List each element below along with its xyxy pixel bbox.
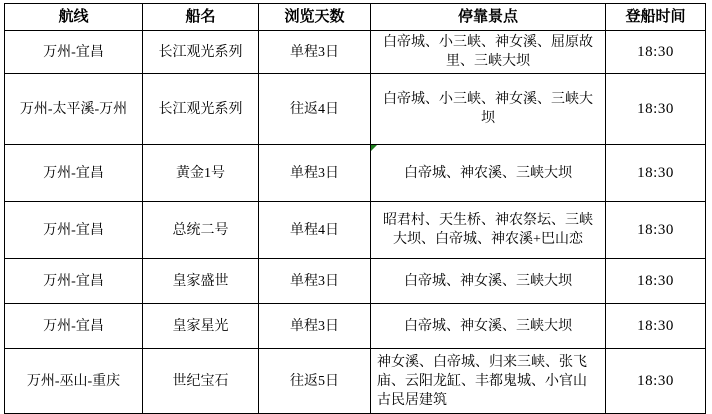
header-attractions: 停靠景点	[371, 4, 606, 31]
boarding-time-cell: 18:30	[606, 349, 706, 414]
table-row: 万州-宜昌 长江观光系列 单程3日 白帝城、小三峡、神女溪、屈原故里、三峡大坝 …	[5, 31, 706, 74]
boarding-time-cell: 18:30	[606, 74, 706, 145]
table-row: 万州-宜昌 皇家盛世 单程3日 白帝城、神女溪、三峡大坝 18:30	[5, 259, 706, 304]
ship-cell: 皇家星光	[143, 304, 259, 349]
attractions-text: 白帝城、神农溪、三峡大坝	[404, 166, 572, 181]
route-cell: 万州-宜昌	[5, 202, 143, 259]
table-row: 万州-宜昌 皇家星光 单程3日 白帝城、神女溪、三峡大坝 18:30	[5, 304, 706, 349]
boarding-time-cell: 18:30	[606, 145, 706, 202]
header-row: 航线 船名 浏览天数 停靠景点 登船时间	[5, 4, 706, 31]
attractions-cell: 神女溪、白帝城、归来三峡、张飞庙、云阳龙缸、丰都鬼城、小官山古民居建筑	[371, 349, 606, 414]
header-days: 浏览天数	[259, 4, 371, 31]
ship-cell: 世纪宝石	[143, 349, 259, 414]
ship-cell: 皇家盛世	[143, 259, 259, 304]
attractions-cell: 昭君村、天生桥、神农祭坛、三峡大坝、白帝城、神农溪+巴山恋	[371, 202, 606, 259]
cell-note-triangle-icon	[371, 145, 377, 151]
days-cell: 单程3日	[259, 259, 371, 304]
header-ship: 船名	[143, 4, 259, 31]
header-boarding-time: 登船时间	[606, 4, 706, 31]
attractions-cell: 白帝城、神女溪、三峡大坝	[371, 259, 606, 304]
boarding-time-cell: 18:30	[606, 31, 706, 74]
ship-cell: 长江观光系列	[143, 74, 259, 145]
days-cell: 单程3日	[259, 31, 371, 74]
days-cell: 单程3日	[259, 145, 371, 202]
attractions-cell: 白帝城、小三峡、神女溪、屈原故里、三峡大坝	[371, 31, 606, 74]
table-row: 万州-宜昌 总统二号 单程4日 昭君村、天生桥、神农祭坛、三峡大坝、白帝城、神农…	[5, 202, 706, 259]
attractions-cell: 白帝城、神女溪、三峡大坝	[371, 304, 606, 349]
attractions-cell: 白帝城、小三峡、神女溪、三峡大坝	[371, 74, 606, 145]
ship-cell: 黄金1号	[143, 145, 259, 202]
ship-cell: 总统二号	[143, 202, 259, 259]
route-cell: 万州-宜昌	[5, 31, 143, 74]
route-cell: 万州-太平溪-万州	[5, 74, 143, 145]
days-cell: 单程4日	[259, 202, 371, 259]
table-row: 万州-太平溪-万州 长江观光系列 往返4日 白帝城、小三峡、神女溪、三峡大坝 1…	[5, 74, 706, 145]
route-cell: 万州-宜昌	[5, 145, 143, 202]
days-cell: 往返5日	[259, 349, 371, 414]
header-route: 航线	[5, 4, 143, 31]
route-cell: 万州-宜昌	[5, 304, 143, 349]
days-cell: 单程3日	[259, 304, 371, 349]
table-row: 万州-宜昌 黄金1号 单程3日 白帝城、神农溪、三峡大坝 18:30	[5, 145, 706, 202]
route-cell: 万州-宜昌	[5, 259, 143, 304]
table-row: 万州-巫山-重庆 世纪宝石 往返5日 神女溪、白帝城、归来三峡、张飞庙、云阳龙缸…	[5, 349, 706, 414]
boarding-time-cell: 18:30	[606, 202, 706, 259]
boarding-time-cell: 18:30	[606, 259, 706, 304]
attractions-cell: 白帝城、神农溪、三峡大坝	[371, 145, 606, 202]
cruise-schedule-table: 航线 船名 浏览天数 停靠景点 登船时间 万州-宜昌 长江观光系列 单程3日 白…	[4, 3, 706, 414]
route-cell: 万州-巫山-重庆	[5, 349, 143, 414]
ship-cell: 长江观光系列	[143, 31, 259, 74]
days-cell: 往返4日	[259, 74, 371, 145]
boarding-time-cell: 18:30	[606, 304, 706, 349]
